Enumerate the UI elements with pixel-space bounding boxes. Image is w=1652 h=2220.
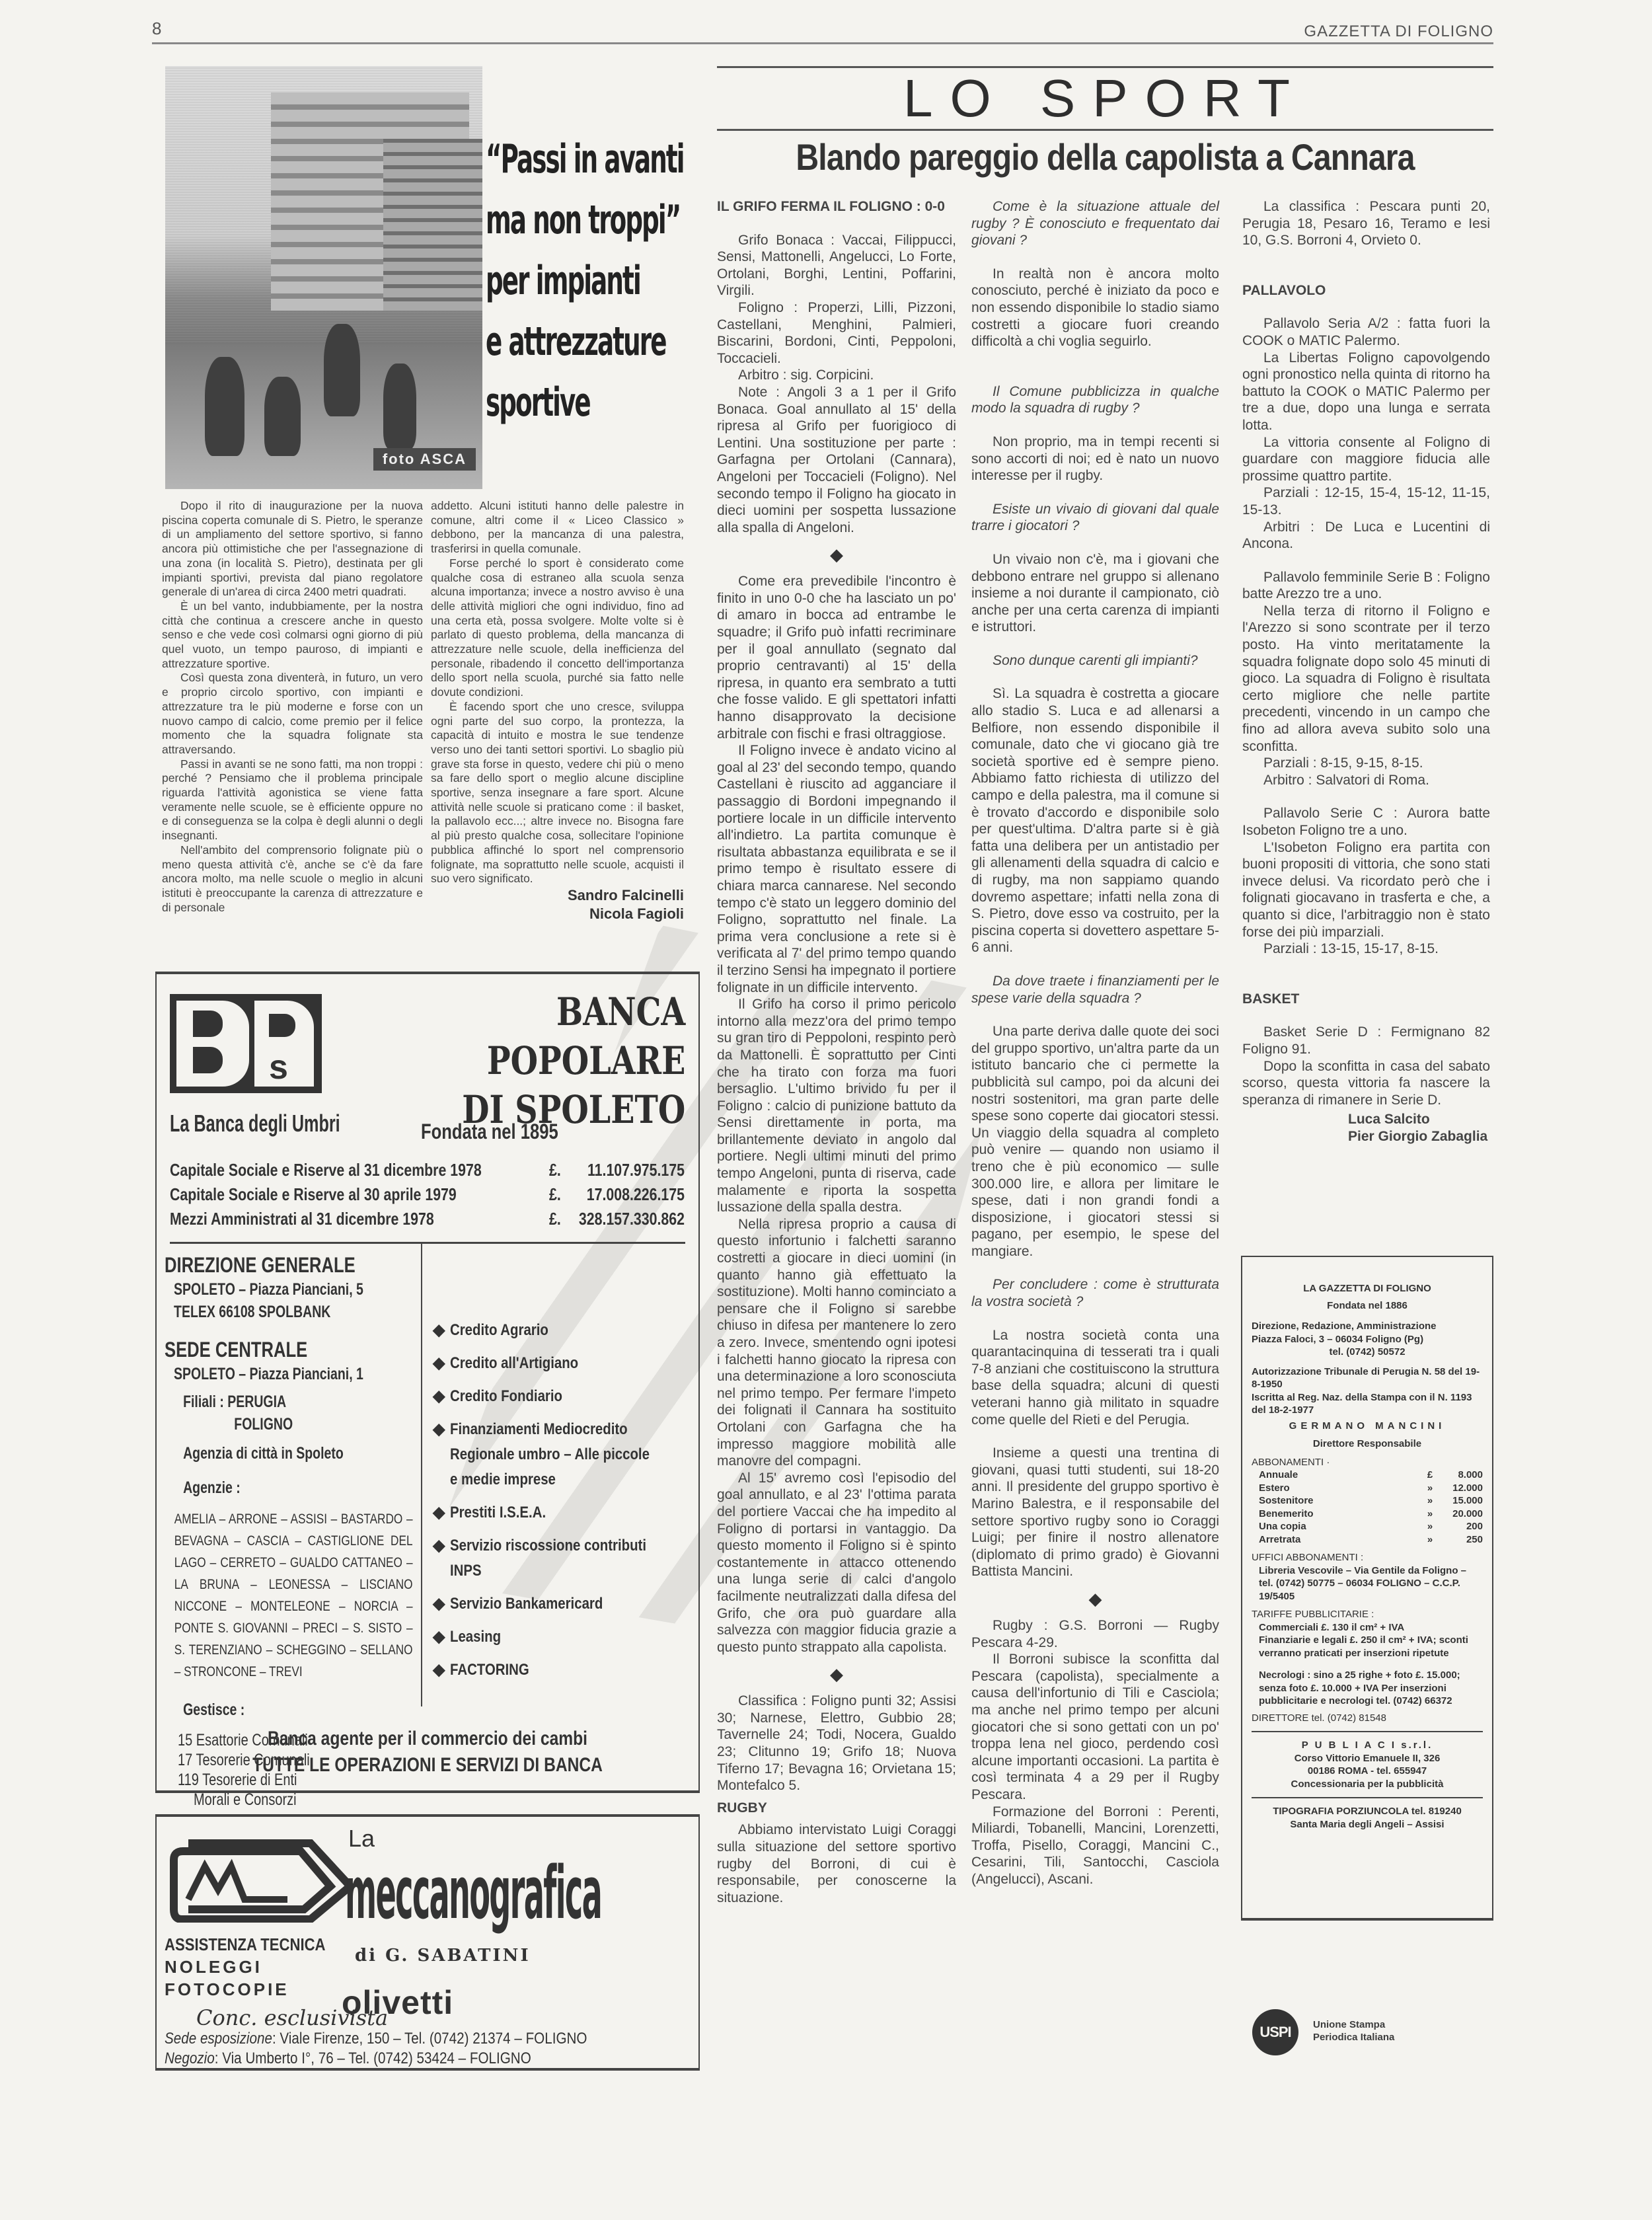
uspi-badge: USPI Unione Stampa Periodica Italiana: [1252, 2009, 1497, 2055]
service-item: ◆Servizio riscossione contributi INPS: [433, 1533, 691, 1584]
office-address: SPOLETO – Piazza Pianciani, 1: [165, 1363, 360, 1385]
match-subhead: IL GRIFO FERMA IL FOLIGNO : 0-0: [717, 198, 956, 215]
paragraph: Parziali : 8-15, 9-15, 8-15.: [1242, 755, 1490, 772]
service-label: FOTOCOPIE: [165, 1979, 289, 2000]
service-item: ◆FACTORING: [433, 1658, 691, 1683]
paragraph: Il Grifo ha corso il primo pericolo into…: [717, 996, 956, 1216]
lineup: Grifo Bonaca : Vaccai, Filippucci, Sensi…: [717, 232, 956, 299]
manages-heading: Gestisce :: [165, 1699, 360, 1721]
headline-line: sportive: [486, 372, 609, 433]
financial-row: Capitale Sociale e Riserve al 30 aprile …: [170, 1182, 685, 1207]
match-notes: Note : Angoli 3 a 1 per il Grifo Bonaca.…: [717, 384, 956, 536]
printer-address: Santa Maria degli Angeli – Assisi: [1242, 1818, 1492, 1831]
obituary-rates: Necrologi : sino a 25 righe + foto £. 15…: [1242, 1669, 1492, 1708]
service-label: ASSISTENZA TECNICA: [165, 1934, 326, 1955]
agency-role: Concessionaria per la pubblicità: [1242, 1778, 1492, 1791]
company-name: meccanografica: [345, 1853, 601, 1933]
bank-founded: Fondata nel 1895: [421, 1120, 558, 1144]
bank-services: ◆Credito Agrario ◆Credito all'Artigiano …: [433, 1318, 691, 1691]
photo-credit: foto ASCA: [373, 448, 476, 471]
footer-line: TUTTE LE OPERAZIONI E SERVIZI DI BANCA: [206, 1752, 650, 1779]
address: Direzione, Redazione, Amministrazione: [1242, 1320, 1492, 1333]
headline-line: per impianti: [486, 250, 609, 311]
branches: FOLIGNO: [165, 1413, 360, 1435]
paragraph: Abbiamo intervistato Luigi Coraggi sulla…: [717, 1821, 956, 1906]
director-phone: DIRETTORE tel. (0742) 81548: [1242, 1712, 1492, 1725]
subscription-row: Arretrata»250: [1242, 1533, 1492, 1547]
interview-answer: Non proprio, ma in tempi recenti si sono…: [971, 434, 1219, 484]
section-title: LO SPORT: [717, 72, 1493, 125]
uspi-logo-icon: USPI: [1252, 2009, 1298, 2055]
bank-tagline: La Banca degli Umbri: [170, 1110, 340, 1137]
paragraph: addetto. Alcuni istituti hanno delle pal…: [431, 499, 684, 556]
service-item: ◆Leasing: [433, 1625, 691, 1650]
paragraph: Arbitri : De Luca e Lucentini di Ancona.: [1242, 519, 1490, 553]
paragraph: Nella terza di ritorno il Foligno e l'Ar…: [1242, 603, 1490, 755]
service-item: ◆Servizio Bankamericard: [433, 1591, 691, 1617]
financial-row: Capitale Sociale e Riserve al 31 dicembr…: [170, 1158, 685, 1182]
diamond-bullet-icon: ◆: [433, 1625, 450, 1650]
diamond-bullet-icon: ◆: [433, 1384, 450, 1409]
divider: [421, 1244, 422, 1706]
agencies-list: AMELIA – ARRONE – ASSISI – BASTARDO – BE…: [165, 1508, 413, 1683]
service-item: ◆Finanziamenti Mediocredito Regionale um…: [433, 1417, 691, 1492]
diamond-separator-icon: ◆: [717, 541, 956, 568]
author-signature: Sandro Falcinelli Nicola Fagioli: [431, 886, 684, 923]
interview-question: Per concludere : come è strutturata la v…: [971, 1276, 1219, 1310]
paragraph: È un bel vanto, indubbiamente, per la no…: [162, 599, 423, 671]
city-agency: Agenzia di città in Spoleto: [165, 1442, 360, 1465]
paragraph: Come era prevedibile l'incontro è finito…: [717, 573, 956, 742]
shop-address: Negozio: Via Umberto I°, 76 – Tel. (0742…: [165, 2049, 531, 2068]
headline-line: e attrezzature: [486, 311, 609, 372]
founded: Fondata nel 1886: [1242, 1299, 1492, 1313]
divider: [170, 1242, 685, 1244]
author-name: Luca Salcito: [1348, 1111, 1490, 1128]
interview-answer: Insieme a questi una trentina di giovani…: [971, 1445, 1219, 1580]
paragraph: La Libertas Foligno capovolgendo ogni pr…: [1242, 350, 1490, 434]
author-name: Sandro Falcinelli: [431, 886, 684, 905]
child-figure: [383, 364, 416, 449]
divider: [1252, 1731, 1483, 1732]
diamond-bullet-icon: ◆: [433, 1533, 450, 1584]
paragraph: Così questa zona diventerà, in futuro, u…: [162, 671, 423, 757]
meccanografica-advertisement: ASSISTENZA TECNICA NOLEGGI FOTOCOPIE Con…: [155, 1814, 700, 2071]
author-name: Nicola Fagioli: [431, 905, 684, 923]
article-photo: foto ASCA: [165, 66, 482, 489]
agency-address: Corso Vittorio Emanuele II, 326: [1242, 1752, 1492, 1765]
page-header: 8 GAZZETTA DI FOLIGNO: [152, 19, 1493, 44]
paragraph: Parziali : 12-15, 15-4, 15-12, 11-15, 15…: [1242, 484, 1490, 518]
ad-rates-heading: TARIFFE PUBBLICITARIE :: [1242, 1608, 1492, 1621]
author-name: Pier Giorgio Zabaglia: [1348, 1128, 1490, 1145]
paragraph: È facendo sport che uno cresce, sviluppa…: [431, 700, 684, 886]
service-label: NOLEGGI: [165, 1957, 262, 1977]
bank-name: BANCA POPOLARE DI SPOLETO: [462, 987, 685, 1134]
branches: Filiali : PERUGIA: [165, 1391, 360, 1413]
footer-line: Banca agente per il commercio dei cambi: [206, 1726, 650, 1752]
bank-financials: Capitale Sociale e Riserve al 31 dicembr…: [170, 1158, 685, 1231]
service-item: ◆Prestiti I.S.E.A.: [433, 1500, 691, 1525]
paragraph: Pallavolo Serie C : Aurora batte Isobeto…: [1242, 805, 1490, 839]
interview-question: Da dove traete i finanziamenti per le sp…: [971, 973, 1219, 1007]
rugby-subhead: RUGBY: [717, 1800, 956, 1817]
lineup: Foligno : Properzi, Lilli, Pizzoni, Cast…: [717, 299, 956, 367]
building-shape: [383, 139, 482, 311]
page-number: 8: [152, 19, 161, 39]
showroom-address: Sede esposizione: Viale Firenze, 150 – T…: [165, 2030, 587, 2048]
subscription-row: Annuale£8.000: [1242, 1469, 1492, 1482]
paragraph: Nella ripresa proprio a causa di questo …: [717, 1216, 956, 1470]
agency-phone: 00186 ROMA - tel. 655947: [1242, 1765, 1492, 1778]
referee: Arbitro : sig. Corpicini.: [717, 367, 956, 384]
diamond-bullet-icon: ◆: [433, 1591, 450, 1617]
headline-line: “Passi in avanti: [486, 129, 609, 190]
child-figure: [324, 324, 360, 416]
sport-column-1: IL GRIFO FERMA IL FOLIGNO : 0-0 Grifo Bo…: [717, 198, 956, 1906]
feature-column-1: Dopo il rito di inaugurazione per la nuo…: [162, 499, 423, 915]
agencies-heading: Agenzie :: [165, 1476, 360, 1499]
child-figure: [205, 357, 244, 456]
company-article: La: [348, 1825, 375, 1853]
advertising-agency: P U B L I A C I s.r.l.: [1242, 1739, 1492, 1752]
paragraph: La vittoria consente al Foligno di guard…: [1242, 434, 1490, 485]
bank-name-line: POPOLARE: [462, 1036, 685, 1085]
registration: Iscritta al Reg. Naz. della Stampa con i…: [1242, 1391, 1492, 1417]
section-header-box: LO SPORT: [717, 66, 1493, 131]
diamond-bullet-icon: ◆: [433, 1658, 450, 1683]
offices: Libreria Vescovile – Via Gentile da Foli…: [1242, 1564, 1492, 1603]
author-signature: Luca Salcito Pier Giorgio Zabaglia: [1242, 1111, 1490, 1145]
paragraph: L'Isobeton Foligno era partita con buoni…: [1242, 839, 1490, 941]
subscription-row: Una copia»200: [1242, 1520, 1492, 1533]
diamond-bullet-icon: ◆: [433, 1318, 450, 1343]
section-subhead: BASKET: [1242, 991, 1490, 1008]
diamond-separator-icon: ◆: [717, 1661, 956, 1687]
interview-question: Esiste un vivaio di giovani dal quale tr…: [971, 501, 1219, 535]
bps-logo-icon: s: [170, 994, 322, 1093]
paragraph: Forse perché lo sport è considerato come…: [431, 556, 684, 700]
paragraph: Pallavolo femminile Serie B : Foligno ba…: [1242, 569, 1490, 603]
feature-column-2: addetto. Alcuni istituti hanno delle pal…: [431, 499, 684, 923]
interview-question: Sono dunque carenti gli impianti?: [971, 652, 1219, 670]
ad-rate: Commerciali £. 130 il cm² + IVA: [1242, 1621, 1492, 1634]
ad-rate: Finanziarie e legali £. 250 il cm² + IVA…: [1242, 1634, 1492, 1660]
paragraph: Pallavolo Seria A/2 : fatta fuori la COO…: [1242, 315, 1490, 349]
uspi-text: Unione Stampa Periodica Italiana: [1313, 2018, 1394, 2044]
meccanografica-logo-icon: [169, 1837, 367, 1923]
service-item: ◆Credito Agrario: [433, 1318, 691, 1343]
paragraph: Basket Serie D : Fermignano 82 Foligno 9…: [1242, 1024, 1490, 1057]
olivetti-brand: olivetti: [342, 1983, 453, 2022]
office-heading: SEDE CENTRALE: [165, 1336, 365, 1363]
bank-footer: Banca agente per il commercio dei cambi …: [157, 1726, 698, 1779]
sport-column-2: Come è la situazione attuale del rugby ?…: [971, 198, 1219, 1888]
interview-answer: La nostra società conta una quarantacinq…: [971, 1327, 1219, 1429]
sport-column-3: La classifica : Pescara punti 20, Perugi…: [1242, 198, 1490, 1145]
printer: TIPOGRAFIA PORZIUNCOLA tel. 819240: [1242, 1805, 1492, 1818]
paragraph: Passi in avanti se ne sono fatti, ma non…: [162, 757, 423, 843]
standings: La classifica : Pescara punti 20, Perugi…: [1242, 198, 1490, 249]
subscription-row: Sostenitore»15.000: [1242, 1494, 1492, 1508]
office-address: SPOLETO – Piazza Pianciani, 5: [165, 1278, 360, 1301]
subscriptions-heading: ABBONAMENTI ·: [1242, 1456, 1492, 1469]
subscription-row: Estero»12.000: [1242, 1482, 1492, 1495]
paragraph: Nell'ambito del comprensorio folignate p…: [162, 843, 423, 915]
paragraph: Formazione del Borroni : Perenti, Miliar…: [971, 1804, 1219, 1888]
masthead-box: LA GAZZETTA DI FOLIGNO Fondata nel 1886 …: [1241, 1256, 1493, 1921]
authorization: Autorizzazione Tribunale di Perugia N. 5…: [1242, 1365, 1492, 1391]
company-owner: di G. SABATINI: [355, 1946, 531, 1966]
telex: TELEX 66108 SPOLBANK: [165, 1301, 360, 1323]
interview-question: Il Comune pubblicizza in qualche modo la…: [971, 383, 1219, 417]
paragraph: Il Foligno invece è andato vicino al goa…: [717, 742, 956, 996]
offices-heading: UFFICI ABBONAMENTI :: [1242, 1551, 1492, 1564]
interview-answer: Una parte deriva dalle quote dei soci de…: [971, 1023, 1219, 1260]
paragraph: Arbitro : Salvatori di Roma.: [1242, 772, 1490, 789]
service-item: ◆Credito Fondiario: [433, 1384, 691, 1409]
financial-row: Mezzi Amministrati al 31 dicembre 1978£.…: [170, 1207, 685, 1231]
rugby-result: Rugby : G.S. Borroni — Rugby Pescara 4-2…: [971, 1617, 1219, 1651]
address: Piazza Faloci, 3 – 06034 Foligno (Pg): [1242, 1333, 1492, 1346]
feature-headline: “Passi in avanti ma non troppi” per impi…: [486, 129, 609, 433]
phone: tel. (0742) 50572: [1242, 1346, 1492, 1359]
interview-question: Come è la situazione attuale del rugby ?…: [971, 198, 1219, 249]
office-heading: DIREZIONE GENERALE: [165, 1252, 365, 1278]
interview-answer: Un vivaio non c'è, ma i giovani che debb…: [971, 551, 1219, 636]
interview-answer: In realtà non è ancora molto conosciuto,…: [971, 266, 1219, 350]
sport-headline: Blando pareggio della capolista a Cannar…: [771, 135, 1439, 178]
section-subhead: PALLAVOLO: [1242, 282, 1490, 299]
paragraph: Dopo la sconfitta in casa del sabato sco…: [1242, 1058, 1490, 1109]
paragraph: Parziali : 13-15, 15-17, 8-15.: [1242, 940, 1490, 958]
headline-line: ma non troppi”: [486, 190, 609, 250]
standings: Classifica : Foligno punti 32; Assisi 30…: [717, 1693, 956, 1794]
masthead-title: LA GAZZETTA DI FOLIGNO: [1242, 1282, 1492, 1295]
diamond-bullet-icon: ◆: [433, 1500, 450, 1525]
diamond-bullet-icon: ◆: [433, 1351, 450, 1376]
director-name: GERMANO MANCINI: [1242, 1420, 1492, 1433]
diamond-separator-icon: ◆: [971, 1586, 1219, 1612]
publication-name: GAZZETTA DI FOLIGNO: [1304, 22, 1493, 41]
bank-name-line: BANCA: [462, 987, 685, 1036]
paragraph: Il Borroni subisce la sconfitta dal Pesc…: [971, 1651, 1219, 1803]
child-figure: [264, 377, 301, 456]
interview-answer: Sì. La squadra è costretta a giocare all…: [971, 685, 1219, 956]
divider: [1252, 1797, 1483, 1798]
paragraph: Al 15' avremo così l'episodio del goal a…: [717, 1470, 956, 1656]
subscription-row: Benemerito»20.000: [1242, 1508, 1492, 1521]
diamond-bullet-icon: ◆: [433, 1417, 450, 1492]
bank-advertisement: s La Banca degli Umbri BANCA POPOLARE DI…: [155, 972, 700, 1793]
director-role: Direttore Responsabile: [1242, 1437, 1492, 1451]
managed-item: Morali e Consorzi: [165, 1790, 365, 1810]
paragraph: Dopo il rito di inaugurazione per la nuo…: [162, 499, 423, 599]
service-item: ◆Credito all'Artigiano: [433, 1351, 691, 1376]
